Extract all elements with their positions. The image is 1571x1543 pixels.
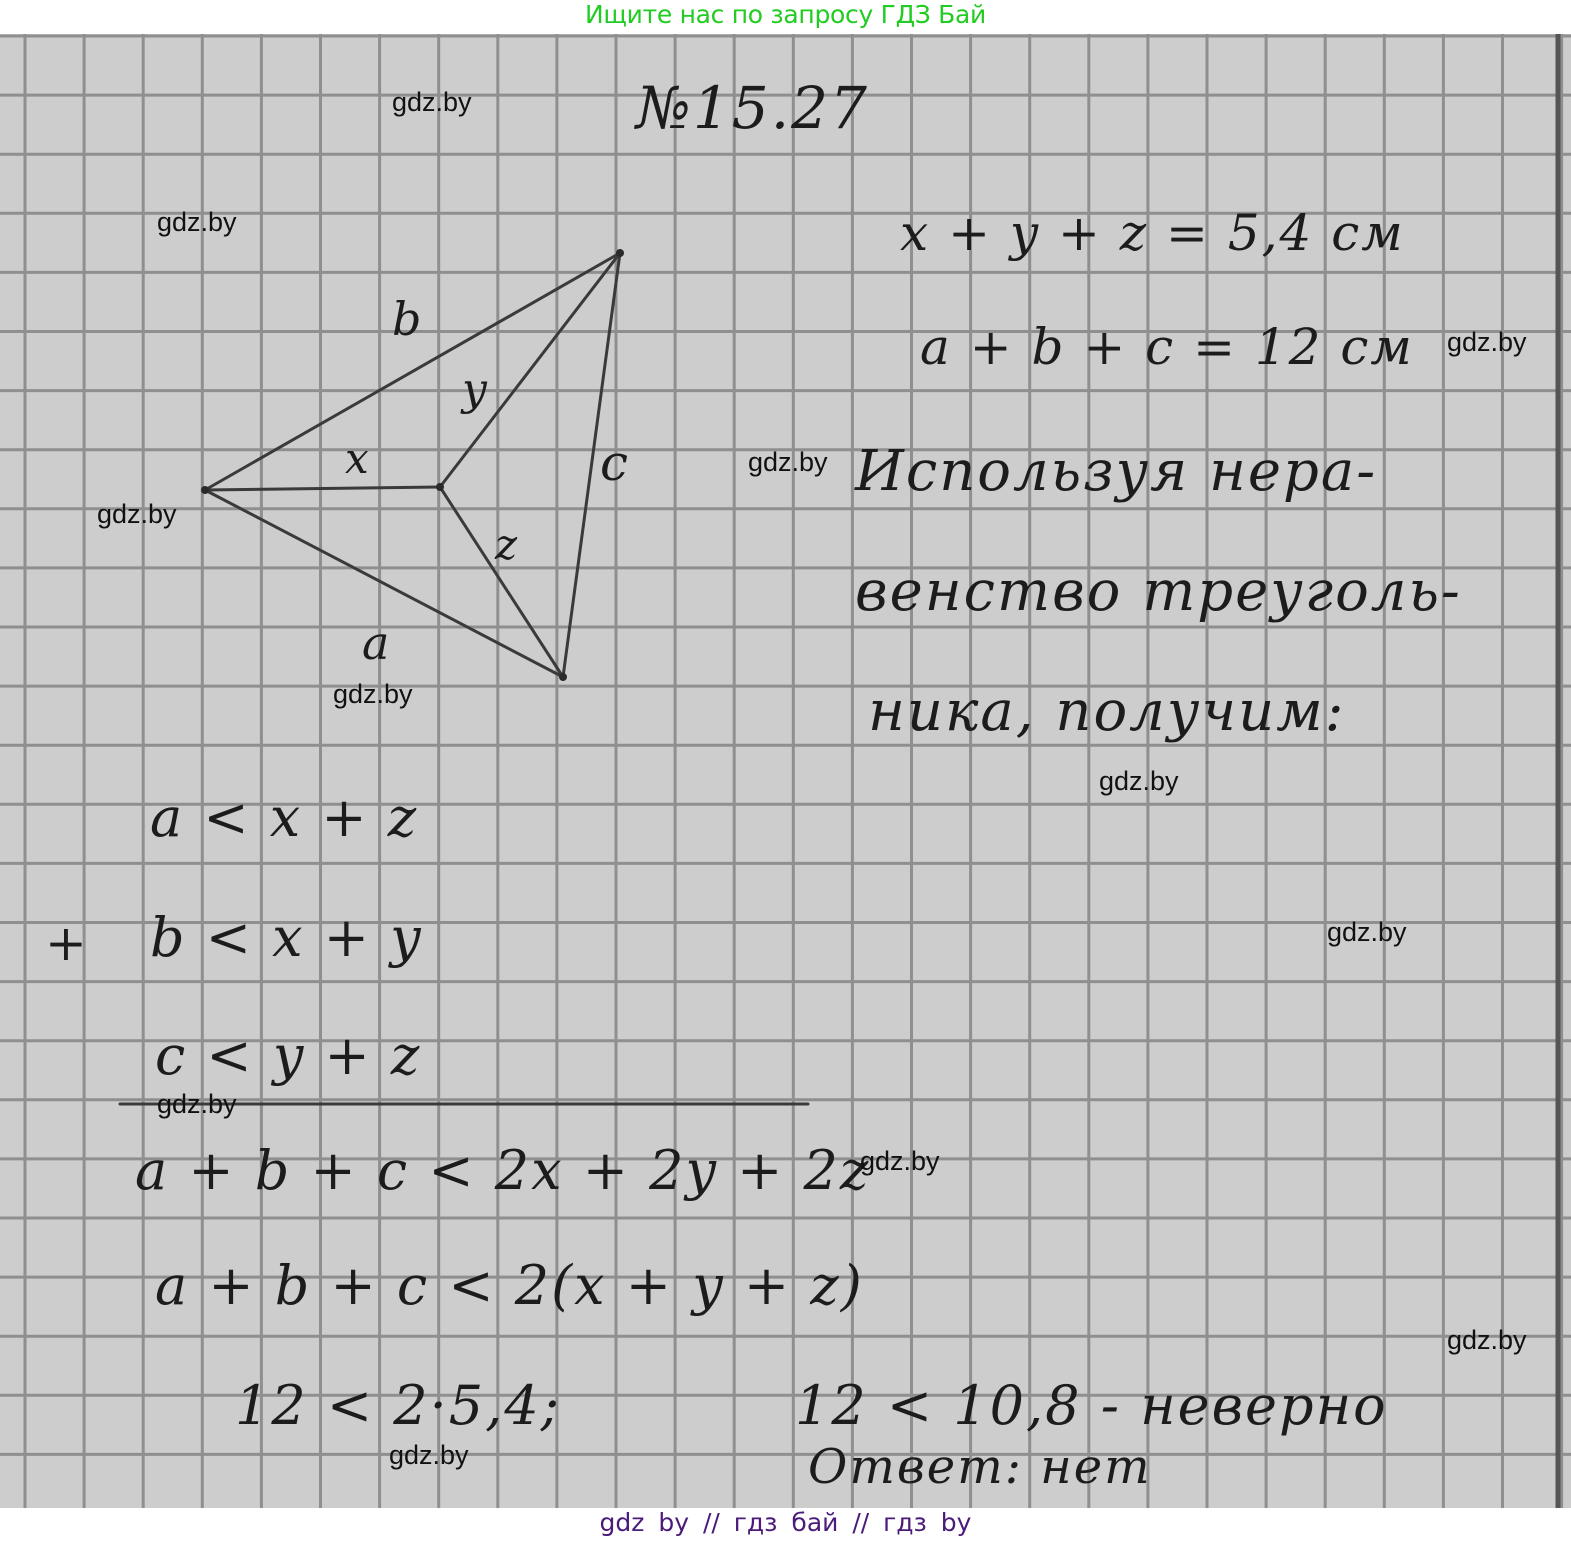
- vertex-point: [201, 486, 209, 494]
- answer: Ответ: нет: [808, 1439, 1152, 1495]
- problem-number: №15.27: [636, 74, 869, 142]
- derivation-line: a + b + c < 2(x + y + z): [155, 1254, 864, 1317]
- watermark: gdz.by: [392, 87, 472, 118]
- watermark: gdz.by: [860, 1146, 940, 1177]
- watermark: gdz.by: [1447, 327, 1527, 358]
- label-b: b: [392, 292, 423, 346]
- system-plus-sign: +: [45, 914, 89, 972]
- watermark: gdz.by: [333, 679, 413, 710]
- inequality-line: a < x + z: [150, 786, 418, 849]
- computation-right: 12 < 10,8 - неверно: [795, 1374, 1388, 1437]
- derivation-line: a + b + c < 2x + 2y + 2z: [135, 1139, 870, 1202]
- explanation-line: ника, получим:: [868, 679, 1346, 744]
- vertex-point: [559, 673, 567, 681]
- interior-point: [436, 483, 444, 491]
- vertex-point: [616, 249, 624, 257]
- inequality-line: c < y + z: [155, 1024, 421, 1087]
- label-z: z: [495, 520, 519, 569]
- watermark: gdz.by: [157, 1089, 237, 1120]
- watermark: gdz.by: [1099, 766, 1179, 797]
- watermark: gdz.by: [1447, 1325, 1527, 1356]
- watermark: gdz.by: [157, 207, 237, 238]
- segment-x-line: [205, 487, 440, 490]
- search-promo-banner: Ищите нас по запросу ГДЗ Бай: [0, 0, 1571, 34]
- notebook-page: b a c x y z №15.27 x + y + z = 5,4 см a …: [0, 34, 1571, 1508]
- site-footer-banner: gdz by // гдз бай // гдз by: [0, 1508, 1571, 1543]
- label-c: c: [600, 434, 630, 492]
- explanation-line: Используя нера-: [855, 439, 1377, 504]
- watermark: gdz.by: [389, 1440, 469, 1471]
- given-line: x + y + z = 5,4 см: [900, 204, 1405, 262]
- given-line: a + b + c = 12 см: [920, 318, 1414, 376]
- computation-left: 12 < 2·5,4;: [235, 1374, 561, 1437]
- watermark: gdz.by: [1327, 917, 1407, 948]
- side-b-line: [205, 253, 620, 490]
- label-x: x: [345, 434, 371, 483]
- label-a: a: [362, 616, 391, 670]
- watermark: gdz.by: [97, 499, 177, 530]
- explanation-line: венство треуголь-: [855, 559, 1462, 624]
- inequality-line: b < x + y: [150, 906, 423, 969]
- watermark: gdz.by: [748, 447, 828, 478]
- segment-z-line: [440, 487, 563, 677]
- label-y: y: [462, 364, 489, 415]
